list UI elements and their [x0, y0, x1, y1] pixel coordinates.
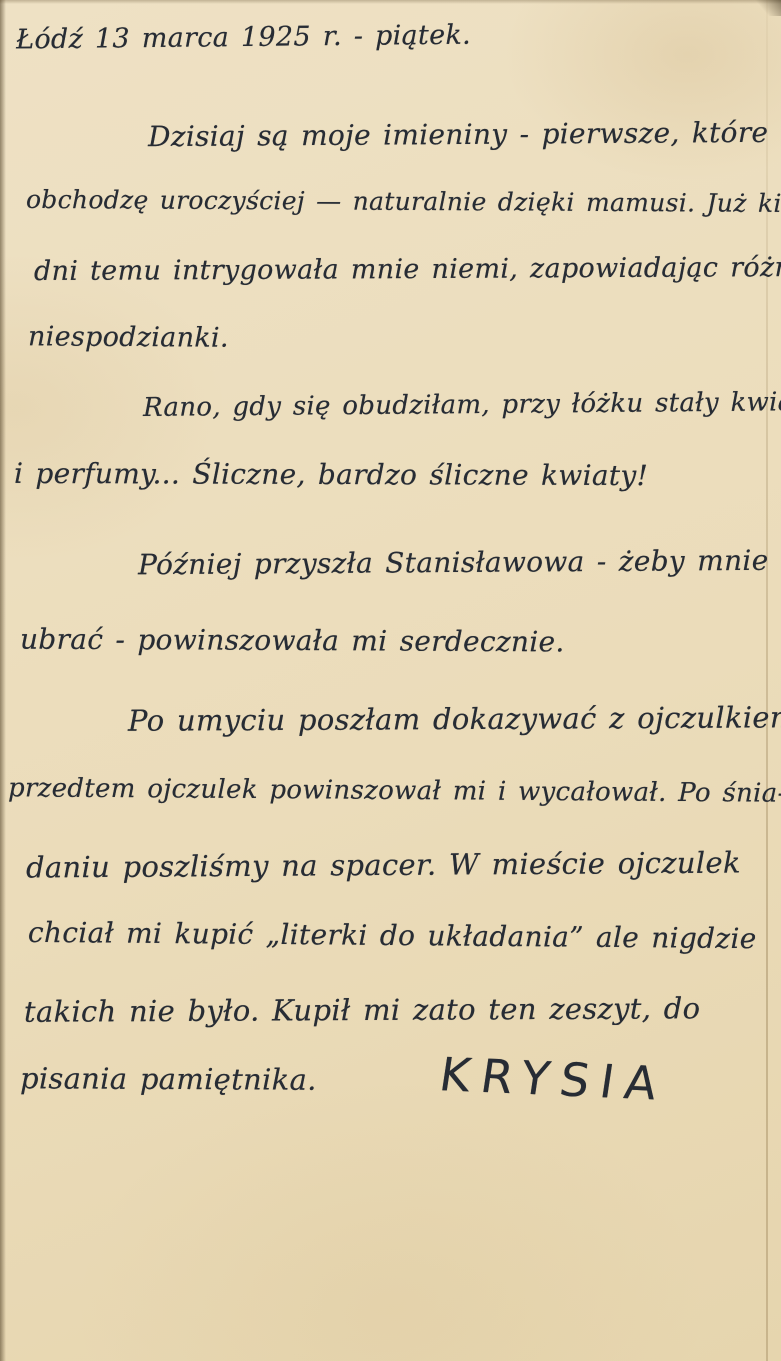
diary-page: Łódź 13 marca 1925 r. - piątek. Dzisiaj … [0, 0, 781, 1361]
handwritten-line: Rano, gdy się obudziłam, przy łóżku stał… [143, 387, 781, 423]
handwritten-line: takich nie było. Kupił mi zato ten zeszy… [24, 991, 701, 1029]
handwritten-line: niespodzianki. [28, 321, 229, 353]
handwritten-line: Dzisiaj są moje imieniny - pierwsze, któ… [148, 116, 769, 153]
handwritten-line: Po umyciu poszłam dokazywać z ojczulkiem… [128, 700, 781, 738]
handwritten-line: daniu poszliśmy na spacer. W mieście ojc… [26, 846, 741, 885]
handwritten-line: Później przyszła Stanisławowa - żeby mni… [138, 544, 769, 581]
signature: KRYSIA [436, 1047, 671, 1111]
handwritten-line: i perfumy... Śliczne, bardzo śliczne kwi… [14, 457, 648, 492]
page-corner-topright [617, 0, 781, 31]
handwritten-line: chciał mi kupić „literki do układania” a… [28, 916, 757, 955]
handwritten-line: ubrać - powinszowała mi serdecznie. [20, 623, 565, 659]
date-line: Łódź 13 marca 1925 r. - piątek. [16, 20, 471, 56]
page-left-edge [0, 0, 6, 1361]
handwritten-line: pisania pamiętnika. [20, 1061, 317, 1097]
handwritten-line: dni temu intrygowała mnie niemi, zapowia… [34, 252, 781, 287]
handwritten-line: przedtem ojczulek powinszował mi i wycał… [8, 773, 781, 808]
handwritten-line: obchodzę uroczyściej — naturalnie dzięki… [26, 185, 781, 218]
